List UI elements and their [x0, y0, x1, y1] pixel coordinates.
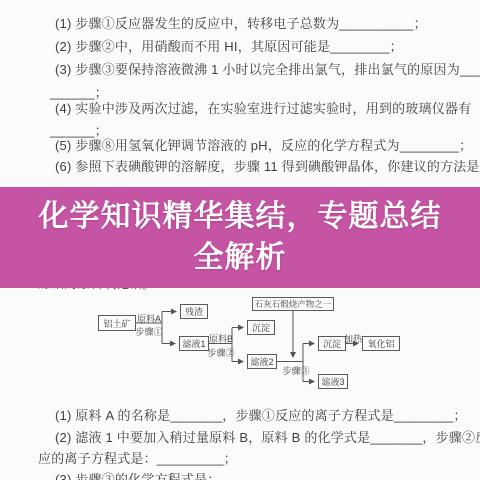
bottom-question-line-2: (2) 滤液 1 中要加入稍过量原料 B，原料 B 的化学式是_______，步… — [55, 430, 480, 446]
question-line-4: (4) 实验中涉及两次过滤，在实验室进行过滤实验时，用到的玻璃仪器有 — [55, 101, 471, 117]
label-step1: 步骤① — [135, 325, 163, 338]
question-line-6: (6) 参照下表碘酸钾的溶解度，步骤 11 得到碘酸钾晶体，你建议的方法是 — [55, 159, 480, 175]
banner-title: 化学知识精华集结，专题总结 全解析 — [0, 187, 480, 278]
label-material-a: 原料A — [135, 312, 163, 325]
node-precipitate1: 沉淀 — [247, 320, 275, 335]
question-line-3: (3) 步骤③要保持溶液微沸 1 小时以完全排出氯气，排出氯气的原因为___ — [55, 62, 480, 78]
bottom-question-line-2-cont: 应的离子方程式是：_________； — [38, 451, 237, 467]
question-line-2: (2) 步骤②中，用硝酸而不用 HI，其原因可能是________； — [55, 39, 403, 55]
node-filtrate1: 滤液1 — [179, 336, 209, 351]
bottom-question-line-1: (1) 原料 A 的名称是_______，步骤①反应的离子方程式是_______… — [55, 408, 467, 424]
label-step3: 步骤③ — [281, 364, 311, 377]
label-step2: 步骤② — [207, 346, 235, 359]
label-heat: 加热 — [342, 332, 364, 345]
question-line-1: (1) 步骤①反应器发生的反应中，转移电子总数为__________； — [55, 16, 427, 32]
node-filtrate2: 滤液2 — [247, 354, 277, 369]
banner-title-line1: 化学知识精华集结，专题总结 — [0, 196, 480, 237]
banner-title-line2: 全解析 — [0, 237, 480, 278]
bottom-question-line-3: (3) 步骤③的化学方程式是： — [55, 472, 221, 480]
question-line-4-cont: ______； — [50, 123, 108, 139]
document-page: (1) 步骤①反应器发生的反应中，转移电子总数为__________； (2) … — [0, 0, 480, 480]
node-limestone-product: 石灰石煅烧产物之一 — [252, 297, 334, 311]
question-line-5: (5) 步骤⑧用氢氧化钾调节溶液的 pH，反应的化学方程式为________； — [55, 138, 472, 154]
node-filtrate3: 滤液3 — [318, 374, 348, 389]
promo-banner: 化学知识精华集结，专题总结 全解析 — [0, 187, 480, 288]
process-flowchart: 铝土矿 残渣 滤液1 沉淀 滤液2 石灰石煅烧产物之一 沉淀 氧化铝 滤液3 原… — [55, 290, 455, 402]
question-line-3-cont: ______； — [50, 85, 108, 101]
node-residue: 残渣 — [180, 304, 208, 319]
node-bauxite: 铝土矿 — [98, 315, 136, 331]
node-alumina: 氧化铝 — [362, 336, 400, 351]
label-material-b: 原料B — [207, 332, 235, 345]
